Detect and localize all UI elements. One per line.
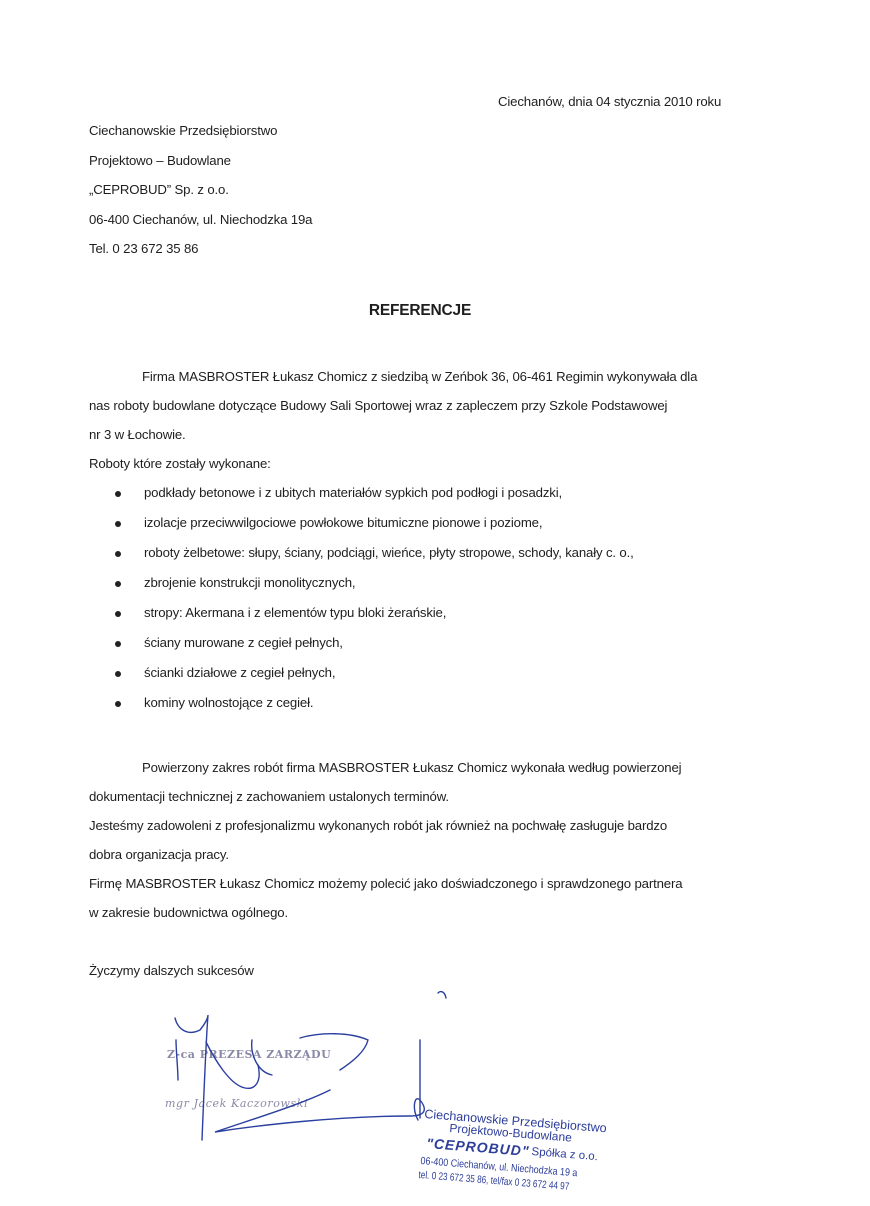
reference-letter-page: Ciechanów, dnia 04 stycznia 2010 roku Ci…	[0, 0, 870, 1206]
handwritten-signature-icon	[0, 0, 870, 1206]
